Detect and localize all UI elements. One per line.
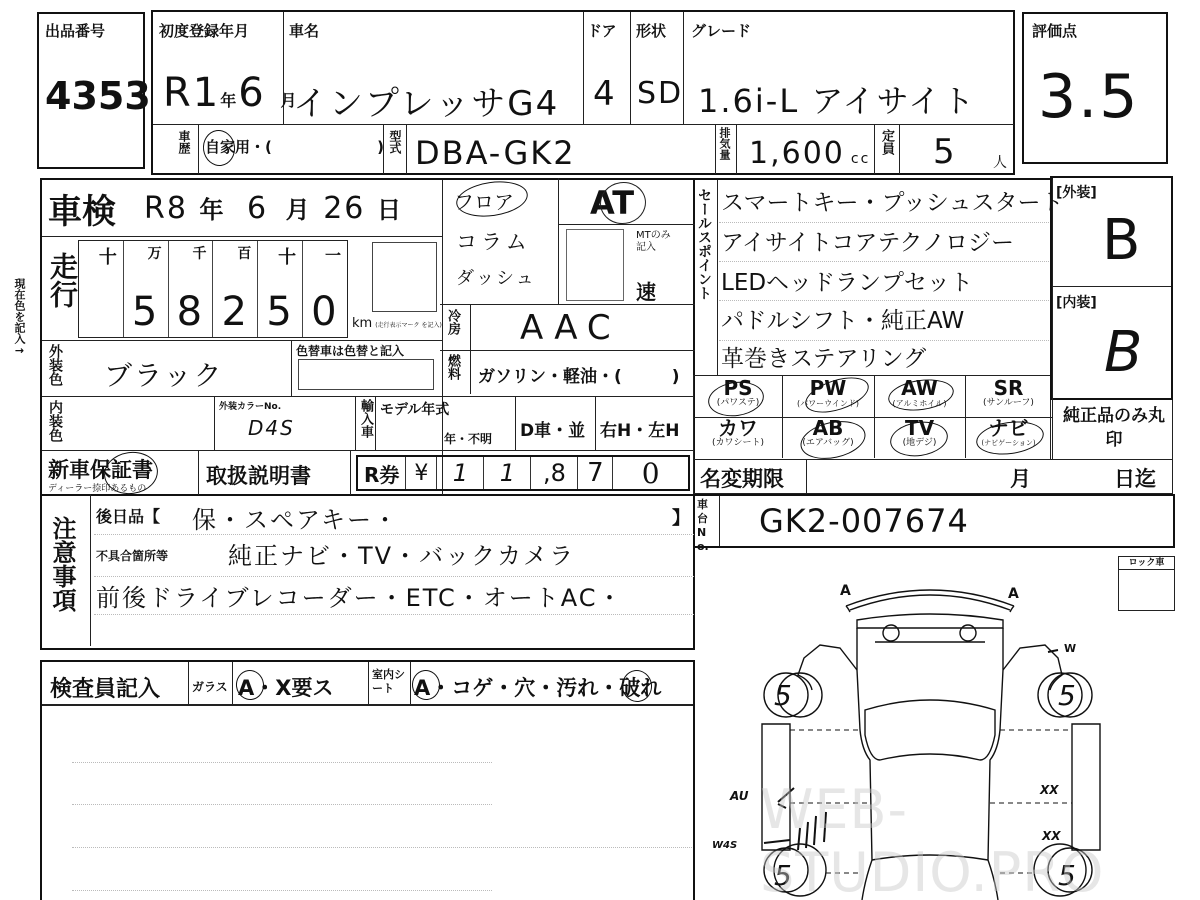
mark-left-side: AU (729, 789, 749, 803)
mileage-cell: 千8 (169, 241, 214, 337)
lot-number-label: 出品番号 (45, 20, 105, 41)
sales-point: パドルシフト・純正AW (721, 302, 964, 335)
recycle-label: R券 (358, 457, 406, 489)
color-no-value: D4S (248, 416, 295, 440)
displacement-label: 排気量 (719, 127, 730, 160)
speed-label: 速 (636, 276, 656, 305)
shaken-day-unit: 日 (377, 196, 403, 224)
shift-option-dash: ダッシュ (456, 264, 536, 290)
sales-point: スマートキー・プッシュスタート (721, 184, 1063, 217)
displacement-unit: cc (851, 151, 870, 167)
sales-point: LEDヘッドランプセット (721, 264, 973, 297)
displacement-value: 1,600cc (749, 136, 870, 171)
mileage-header: 一 (325, 243, 341, 266)
km-unit: km (352, 316, 372, 331)
shape-value: SD (637, 76, 683, 111)
shaken-date: R8 年 6 月 26 日 (144, 190, 403, 226)
equip-leather[interactable]: カワ(カワシート) (694, 418, 782, 449)
capacity-value: 5 (933, 132, 957, 172)
ext-color-label: 外装色 (48, 344, 62, 386)
mileage-unit: km(走行表示マーク を記入) (352, 316, 442, 331)
tire-tread-fl: 5 (774, 679, 792, 712)
mark-right-fender: W (1064, 642, 1076, 655)
fuel-label: 燃料 (446, 354, 459, 380)
history-label: 車歴 (178, 130, 190, 154)
equip-code: カワ (694, 418, 782, 438)
ac-value: AAC (520, 308, 621, 348)
dealer-car-label: D車・並 (520, 416, 585, 441)
mark-front-left: A (840, 583, 851, 599)
first-registration-year: R1年6 月 (163, 70, 298, 116)
name-change-row: 名変期限 月 日迄 (693, 460, 1173, 494)
shaken-day: 26 (323, 191, 365, 226)
vehicle-header-box: 初度登録年月 R1年6 月 車名 インプレッサG4 ドア 4 形状 SD グレー… (151, 10, 1015, 175)
mileage-header: 千 (192, 243, 206, 263)
ext-color-value: ブラック (104, 354, 223, 394)
shift-box: フロア コラム ダッシュ AT MTのみ記入 速 冷房 AAC 燃料 ガソリン・… (440, 178, 695, 394)
import-label: 輸入車 (359, 399, 372, 438)
interior-rating-label: [内装] (1056, 292, 1097, 312)
capacity-label: 定員 (880, 129, 893, 155)
equip-sr[interactable]: SR(サンルーフ) (965, 378, 1052, 409)
recycle-digit: 7 (578, 457, 613, 489)
private-use-circle (201, 128, 238, 168)
shape-label: 形状 (636, 20, 666, 41)
inspector-label: 検査員記入 (50, 672, 160, 703)
first-registration-label: 初度登録年月 (159, 20, 249, 41)
score-label: 評価点 (1032, 20, 1077, 41)
sales-point: 革巻きステアリング (721, 340, 926, 373)
mileage-digit: 5 (266, 289, 291, 335)
name-change-label: 名変期限 (700, 463, 784, 493)
sales-point: アイサイトコアテクノロジー (721, 224, 1014, 257)
equipment-grid: PS(パワステ) PW(パワーウインド) AW(アルミホイル) SR(サンルーフ… (693, 376, 1053, 460)
rating-box: [外装] B [内装] B (1050, 176, 1173, 400)
glass-label: ガラス (192, 678, 228, 695)
side-note: 現在色を記入→ (14, 278, 25, 357)
mileage-cell: 十5 (258, 241, 303, 337)
yen-symbol: ¥ (406, 457, 437, 489)
mark-front-right: A (1008, 586, 1019, 602)
capacity-unit: 人 (993, 152, 1007, 172)
shaken-year: R8 (144, 191, 188, 226)
doors-label: ドア (587, 20, 617, 41)
color-change-label: 色替車は色替と記入 (296, 342, 404, 359)
recycle-digit: 1 (437, 457, 484, 489)
defects-line-1: 純正ナビ・TV・バックカメラ (228, 536, 575, 571)
seat-label: 室内シート (372, 668, 408, 696)
mileage-header: 万 (148, 243, 162, 263)
color-change-box[interactable] (298, 359, 434, 390)
notes-box: 注意事項 後日品【 保・スペアキー・ 】 不具合箇所等 純正ナビ・TV・バックカ… (40, 494, 695, 650)
shaken-month: 6 (247, 191, 268, 226)
score-value: 3.5 (1038, 62, 1139, 132)
model-year-suffix: 年・不明 (444, 430, 492, 447)
fuel-text: ガソリン・軽油・( (478, 367, 622, 387)
recycle-digit: 0 (613, 457, 688, 489)
equip-desc: (サンルーフ) (965, 398, 1052, 409)
chassis-row: 車台No. GK2-007674 (693, 494, 1175, 548)
mt-gear-box[interactable] (566, 229, 624, 301)
odometer-mark-box (372, 242, 437, 312)
mileage-digit: 2 (221, 289, 246, 335)
car-name: インプレッサG4 (293, 76, 559, 125)
doors-value: 4 (593, 74, 617, 114)
defects-label: 不具合箇所等 (96, 547, 168, 564)
first-registration-month: 6 (238, 70, 265, 116)
tire-tread-fr: 5 (1058, 679, 1076, 712)
fuel-close: ) (672, 367, 680, 387)
later-items-label: 後日品【 (96, 504, 160, 527)
shaken-year-unit: 年 (199, 196, 225, 224)
shaken-month-unit: 月 (286, 196, 312, 224)
exterior-rating: B (1102, 208, 1142, 273)
defects-line-2: 前後ドライブレコーダー・ETC・オートAC・ (96, 578, 624, 613)
manual-label: 取扱説明書 (206, 460, 311, 490)
equip-desc: (カワシート) (694, 438, 782, 449)
sales-points-label: セールスポイント (697, 188, 711, 300)
equip-code: SR (965, 378, 1052, 398)
mileage-label: 走行 (48, 252, 76, 308)
mileage-cell: 一0 (303, 241, 347, 337)
lot-number-box: 出品番号 4353 (37, 12, 145, 169)
shift-option-column: コラム (456, 226, 531, 256)
mileage-cell: 百2 (213, 241, 258, 337)
ac-label: 冷房 (446, 309, 459, 335)
chassis-number: GK2-007674 (759, 502, 969, 540)
model-year-label: モデル年式 (380, 399, 449, 419)
exterior-rating-label: [外装] (1056, 182, 1097, 202)
later-items: 保・スペアキー・ (192, 500, 399, 535)
inspector-box: 検査員記入 ガラス A・X要ス 室内シート A・コゲ・穴・汚れ・破れ (40, 660, 695, 900)
mileage-cell: 万5 (124, 241, 169, 337)
mark-left-rear: W4S (712, 840, 737, 851)
chassis-label: 車台No. (697, 498, 717, 554)
mileage-grid: 十 万5 千8 百2 十5 一0 (78, 240, 348, 338)
mt-only-label: MTのみ記入 (636, 230, 676, 254)
mileage-digit: 8 (177, 289, 202, 335)
watermark: WEB-STUDIO.PRO (760, 778, 1200, 900)
handle-label: 右H・左H (600, 416, 679, 441)
mileage-digit: 5 (132, 289, 157, 335)
fuel-value: ガソリン・軽油・() (478, 362, 680, 387)
displacement-number: 1,600 (749, 136, 845, 171)
score-box: 評価点 3.5 (1022, 12, 1168, 164)
recycle-digit: ,8 (531, 457, 578, 489)
sales-points-box: セールスポイント スマートキー・プッシュスタート アイサイトコアテクノロジー L… (693, 178, 1053, 376)
mileage-note: (走行表示マーク を記入) (375, 322, 442, 329)
model-code-label: 型式 (389, 130, 401, 154)
notes-label: 注意事項 (50, 516, 74, 612)
color-no-label: 外装カラーNo. (219, 399, 281, 412)
year-unit: 年 (220, 91, 238, 110)
grade-value: 1.6i-L アイサイト (698, 76, 976, 122)
car-name-label: 車名 (289, 20, 319, 41)
first-registration-era-year: R1 (163, 70, 220, 116)
lot-number: 4353 (45, 74, 151, 118)
mileage-cell: 十 (79, 241, 124, 337)
name-change-day-unit: 日迄 (1114, 463, 1156, 493)
recycle-digit: 1 (484, 457, 531, 489)
grade-label: グレード (691, 20, 751, 41)
mileage-header: 十 (278, 243, 296, 269)
name-change-month-unit: 月 (1010, 463, 1031, 493)
later-items-close: 】 (672, 504, 690, 530)
int-color-label: 内装色 (48, 400, 62, 442)
model-code: DBA-GK2 (415, 134, 576, 172)
mileage-header: 十 (99, 243, 117, 269)
mileage-digit: 0 (311, 289, 336, 335)
recycle-box: R券 ¥ 1 1 ,8 7 0 (356, 455, 690, 491)
mileage-header: 百 (237, 243, 251, 263)
interior-rating: B (1104, 320, 1144, 385)
shaken-label: 車検 (48, 184, 116, 233)
